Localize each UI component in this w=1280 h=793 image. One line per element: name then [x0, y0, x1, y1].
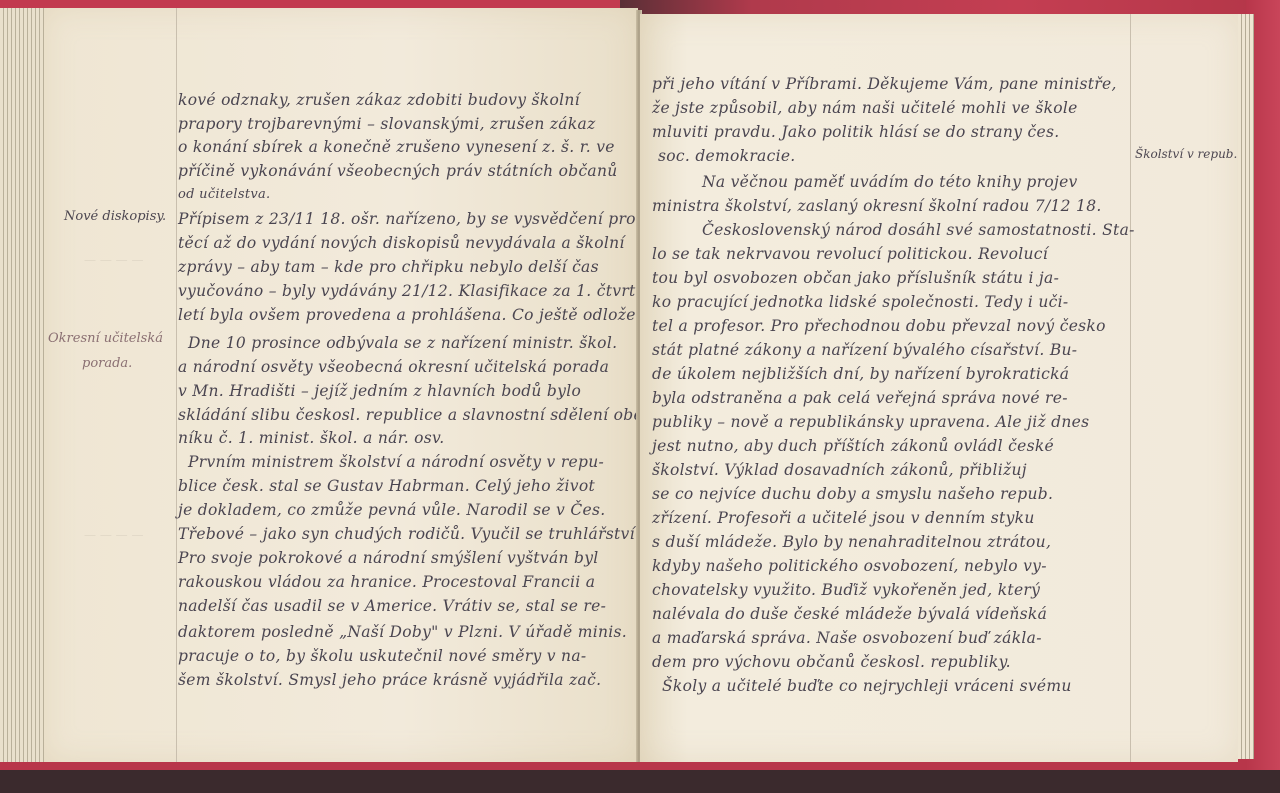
text-line: nadelší čas usadil se v Americe. Vrátiv …	[178, 594, 606, 618]
text-line: stát platné zákony a nařízení bývalého c…	[652, 338, 1077, 362]
text-line: jest nutno, aby duch příštích zákonů ovl…	[652, 434, 1054, 458]
text-line: nalévala do duše české mládeže bývalá ví…	[652, 602, 1047, 626]
text-line: šem školství. Smysl jeho práce krásně vy…	[178, 668, 601, 692]
margin-rule	[176, 8, 177, 762]
bleed-through: — — — —	[84, 253, 143, 267]
text-line: Prvním ministrem školství a národní osvě…	[188, 450, 604, 474]
text-line: školství. Výklad dosavadních zákonů, při…	[652, 458, 1027, 482]
text-line: prapory trojbarevnými – slovanskými, zru…	[178, 112, 596, 136]
text-line: Pro svoje pokrokové a národní smýšlení v…	[178, 546, 599, 570]
text-line: zprávy – aby tam – kde pro chřipku nebyl…	[178, 255, 599, 279]
text-line: že jste způsobil, aby nám naši učitelé m…	[652, 96, 1078, 120]
text-line: rakouskou vládou za hranice. Procestoval…	[178, 570, 595, 594]
margin-note-conference: porada.	[82, 356, 132, 371]
text-line: ministra školství, zaslaný okresní školn…	[652, 194, 1102, 218]
bleed-through: — — — —	[84, 528, 143, 542]
text-line: tou byl osvobozen občan jako příslušník …	[652, 266, 1059, 290]
text-line: Dne 10 prosince odbývala se z nařízení m…	[188, 331, 617, 355]
text-line: ko pracující jednotka lidské společnosti…	[652, 290, 1068, 314]
text-line: Třebové – jako syn chudých rodičů. Vyuči…	[178, 522, 635, 546]
text-line: dem pro výchovu občanů českosl. republik…	[652, 650, 1011, 674]
text-line: lo se tak nekrvavou revolucí politickou.…	[652, 242, 1048, 266]
text-line: byla odstraněna a pak celá veřejná správ…	[652, 386, 1068, 410]
text-line: zřízení. Profesoři a učitelé jsou v denn…	[652, 506, 1035, 530]
text-line: je dokladem, co zmůže pevná vůle. Narodi…	[178, 498, 605, 522]
text-line: pracuje o to, by školu uskutečnil nové s…	[178, 644, 586, 668]
page-stack-left	[0, 8, 44, 762]
text-line: o konání sbírek a konečně zrušeno vynese…	[178, 135, 615, 159]
text-line: od učitelstva.	[178, 183, 271, 207]
text-line: de úkolem nejbližších dní, by nařízení b…	[652, 362, 1069, 386]
text-line: blice česk. stal se Gustav Habrman. Celý…	[178, 474, 595, 498]
text-line: soc. demokracie.	[658, 144, 796, 168]
margin-note-teachers-conference: Okresní učitelská	[48, 331, 163, 346]
page-stack-right	[1238, 14, 1254, 759]
text-line: a národní osvěty všeobecná okresní učite…	[178, 355, 609, 379]
table-surface	[0, 770, 1280, 793]
text-line: publiky – nově a republikánsky upravena.…	[652, 410, 1089, 434]
text-line: těcí až do vydání nových diskopisů nevyd…	[178, 231, 625, 255]
text-line: při jeho vítání v Příbrami. Děkujeme Vám…	[652, 72, 1117, 96]
text-line: příčině vykonávání všeobecných práv stát…	[178, 159, 618, 183]
text-line: a maďarská správa. Naše osvobození buď z…	[652, 626, 1042, 650]
text-line: daktorem posledně „Naší Doby" v Plzni. V…	[178, 620, 627, 644]
margin-note-new-reports: Nové diskopisy.	[64, 209, 166, 224]
text-line: kdyby našeho politického osvobození, neb…	[652, 554, 1047, 578]
margin-rule	[1130, 14, 1131, 762]
text-line: Školy a učitelé buďte co nejrychleji vrá…	[662, 674, 1072, 698]
text-line: s duší mládeže. Bylo by nenahraditelnou …	[652, 530, 1051, 554]
text-line: Československý národ dosáhl své samostat…	[702, 218, 1135, 242]
text-line: letí byla ovšem provedena a prohlášena. …	[178, 303, 656, 327]
text-line: Na věčnou paměť uvádím do této knihy pro…	[702, 170, 1078, 194]
text-line: se co nejvíce duchu doby a smyslu našeho…	[652, 482, 1053, 506]
text-line: níku č. 1. minist. škol. a nár. osv.	[178, 426, 445, 450]
text-line: skládání slibu českosl. republice a slav…	[178, 403, 643, 427]
text-line: Přípisem z 23/11 18. ošr. nařízeno, by s…	[178, 207, 674, 231]
text-line: kové odznaky, zrušen zákaz zdobiti budov…	[178, 88, 580, 112]
text-line: v Mn. Hradišti – jejíž jedním z hlavních…	[178, 379, 581, 403]
book-photo: — — — — — — — — Nové diskopisy. Okresní …	[0, 0, 1280, 793]
margin-note-school-system: Školství v repub.	[1135, 147, 1237, 161]
text-line: chovatelsky využito. Buďiž vykořeněn jed…	[652, 578, 1040, 602]
text-line: vyučováno – byly vydávány 21/12. Klasifi…	[178, 279, 636, 303]
text-line: mluviti pravdu. Jako politik hlásí se do…	[652, 120, 1059, 144]
text-line: tel a profesor. Pro přechodnou dobu přev…	[652, 314, 1106, 338]
